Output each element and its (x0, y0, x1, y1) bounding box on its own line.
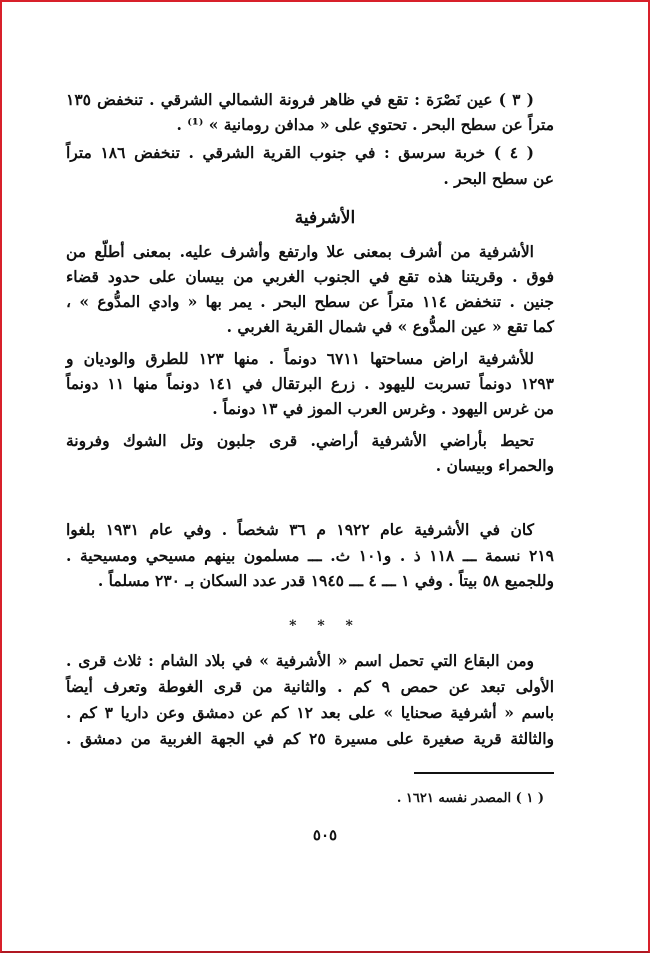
footnote-divider (414, 772, 554, 774)
footnote-1: ( ١ ) المصدر نفسه ١٦٢١ . (397, 789, 544, 809)
paragraph-2-line-1: للأشرفية اراض مساحتها ٦٧١١ دونماً . منها… (66, 348, 534, 370)
closing-paragraph-line-1: ومن البقاع التي تحمل اسم « الأشرفية » في… (66, 650, 534, 672)
paragraph-4-line-2: ٢١٩ نسمة ـــ ١١٨ ذ . و١٠١ ث. ـــ مسلمون … (66, 545, 554, 567)
paragraph-4-line-1: كان في الأشرفية عام ١٩٢٢ م ٣٦ شخصاً . وف… (66, 519, 534, 541)
closing-paragraph-line-3: باسم « أشرفية صحنايا » على بعد ١٢ كم عن … (66, 702, 554, 724)
section-title: الأشرفية (0, 206, 650, 230)
item-4-line-2: عن سطح البحر . (66, 168, 554, 190)
paragraph-1-line-4: كما تقع « عين المدُّوع » في شمال القرية … (66, 316, 554, 338)
paragraph-3-line-1: تحيط بأراضي الأشرفية أراضي. قرى جلبون وت… (66, 430, 534, 452)
paragraph-2-line-3: من غرس اليهود . وغرس العرب الموز في ١٣ د… (66, 398, 554, 420)
paragraph-1-line-2: فوق . وقريتنا هذه تقع في الجنوب الغربي م… (66, 266, 554, 288)
paragraph-1-line-3: جنين . تنخفض ١١٤ متراً عن سطح البحر . يم… (66, 291, 554, 313)
paragraph-4-line-3: وللجميع ٥٨ بيتاً . وفي ١ ـــ ٤ ـــ ١٩٤٥ … (66, 570, 554, 592)
paragraph-1-line-1: الأشرفية من أشرف بمعنى علا وارتفع وأشرف … (66, 241, 534, 263)
paragraph-3-line-2: والحمراء وبيسان . (66, 455, 554, 477)
page-number: ٥٠٥ (0, 826, 650, 844)
item-4-line-1: ( ٤ ) خربة سرسق : في جنوب القرية الشرقي … (66, 142, 534, 164)
item-3-line-1: ( ٣ ) عين نَصْرَة : تقع في ظاهر فرونة ال… (66, 89, 534, 111)
book-page: ( ٣ ) عين نَصْرَة : تقع في ظاهر فرونة ال… (0, 0, 650, 953)
closing-paragraph-line-4: والثالثة قرية صغيرة على مسيرة ٢٥ كم في ا… (66, 728, 554, 750)
section-separator: * * * (0, 618, 650, 634)
closing-paragraph-line-2: الأولى تبعد عن حمص ٩ كم . والثانية من قر… (66, 676, 554, 698)
item-3-line-2: متراً عن سطح البحر . تحتوي على « مدافن ر… (66, 114, 554, 136)
paragraph-2-line-2: ١٢٩٣ دونماً تسربت لليهود . زرع البرتقال … (66, 373, 554, 395)
